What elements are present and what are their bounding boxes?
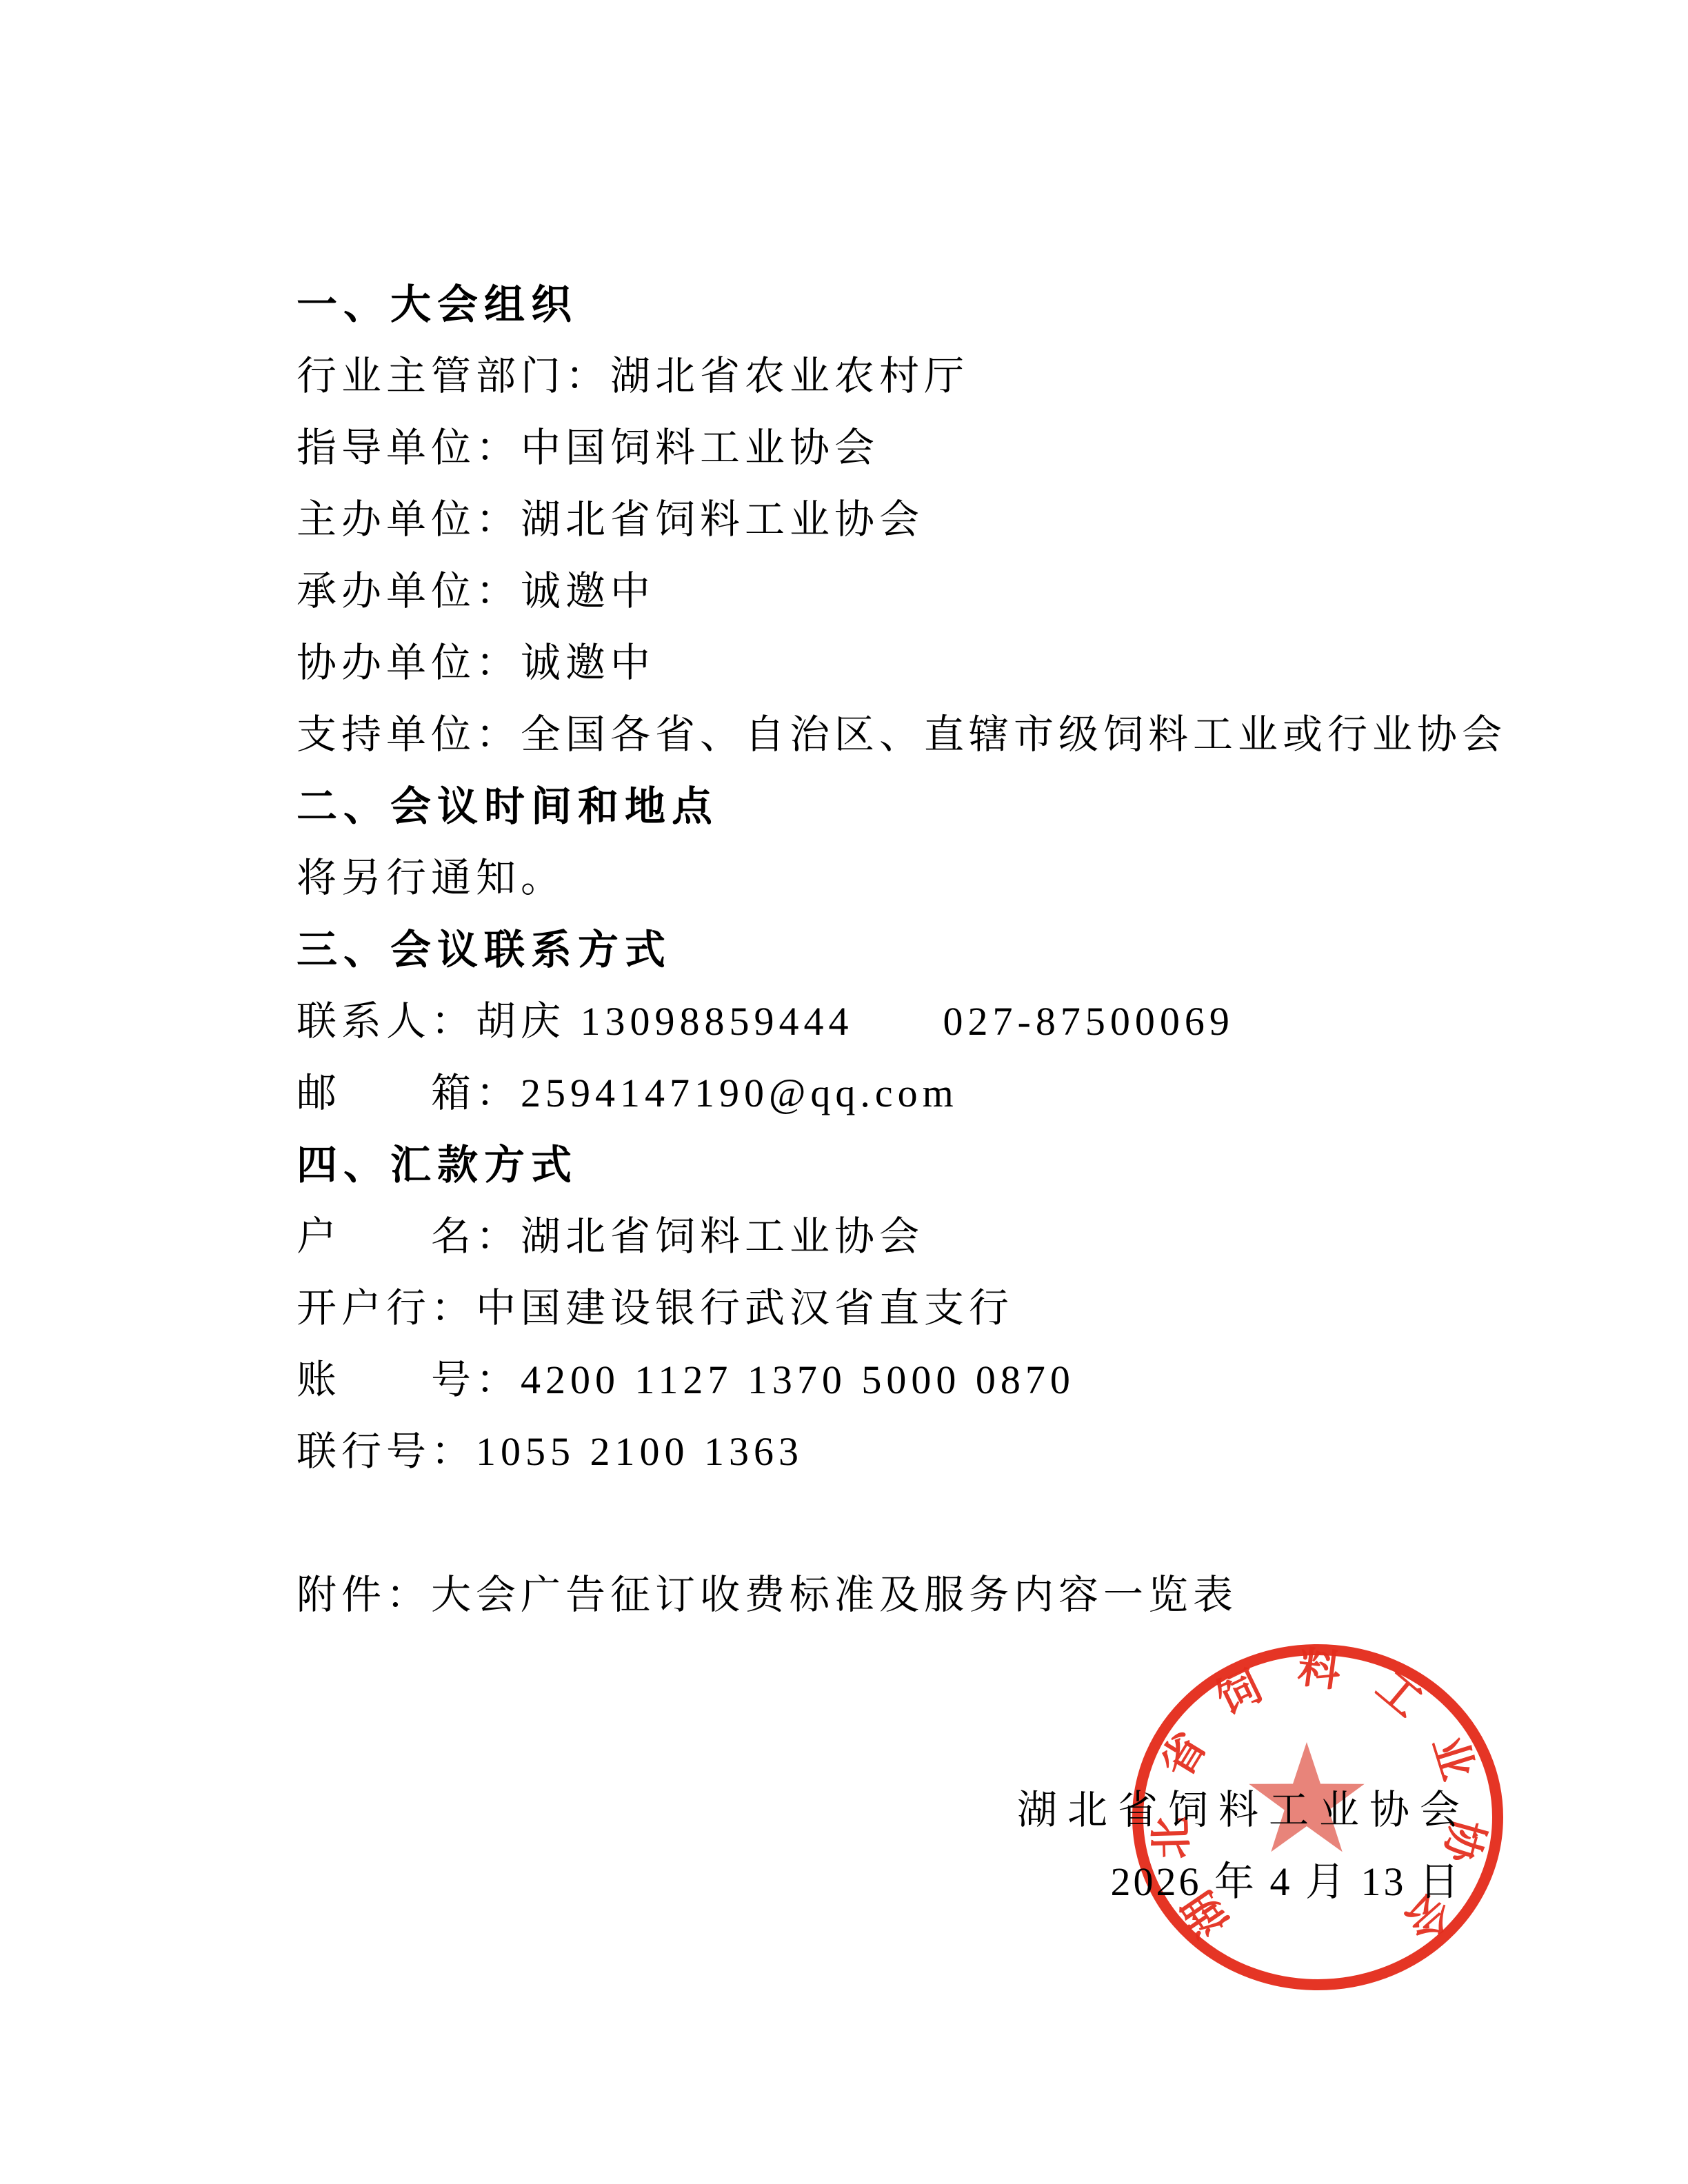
signature-org: 湖北省饲料工业协会 [297, 1775, 1470, 1846]
signature-date: 2026 年 4 月 13 日 [297, 1846, 1470, 1918]
line-host-unit: 主办单位：湖北省饲料工业协会 [297, 484, 1470, 556]
line-guiding-unit: 指导单位：中国饲料工业协会 [297, 412, 1470, 484]
line-contact-person: 联系人：胡庆 13098859444 027-87500069 [297, 986, 1470, 1058]
section-heading-4: 四、汇款方式 [297, 1129, 1470, 1201]
line-industry-authority: 行业主管部门：湖北省农业农村厅 [297, 341, 1470, 412]
line-account-number: 账 号：4200 1127 1370 5000 0870 [297, 1344, 1470, 1416]
notice-page: { "document": { "lines": [ { "style": "h… [0, 0, 1688, 2184]
line-bank-code: 联行号：1055 2100 1363 [297, 1416, 1470, 1488]
line-attachment: 附件：大会广告征订收费标准及服务内容一览表 [297, 1559, 1470, 1631]
line-time-place-note: 将另行通知。 [297, 842, 1470, 914]
line-email: 邮 箱：2594147190@qq.com [297, 1058, 1470, 1129]
section-heading-2: 二、会议时间和地点 [297, 771, 1470, 842]
section-heading-3: 三、会议联系方式 [297, 914, 1470, 986]
line-bank-branch: 开户行：中国建设银行武汉省直支行 [297, 1273, 1470, 1344]
section-heading-1: 一、大会组织 [297, 269, 1470, 341]
line-co-organizer-unit: 协办单位：诚邀中 [297, 627, 1470, 699]
line-organizer-unit: 承办单位：诚邀中 [297, 556, 1470, 627]
line-supporting-unit: 支持单位：全国各省、自治区、直辖市级饲料工业或行业协会 [297, 699, 1470, 771]
line-account-name: 户 名：湖北省饲料工业协会 [297, 1201, 1470, 1273]
spacer [297, 1488, 1470, 1559]
